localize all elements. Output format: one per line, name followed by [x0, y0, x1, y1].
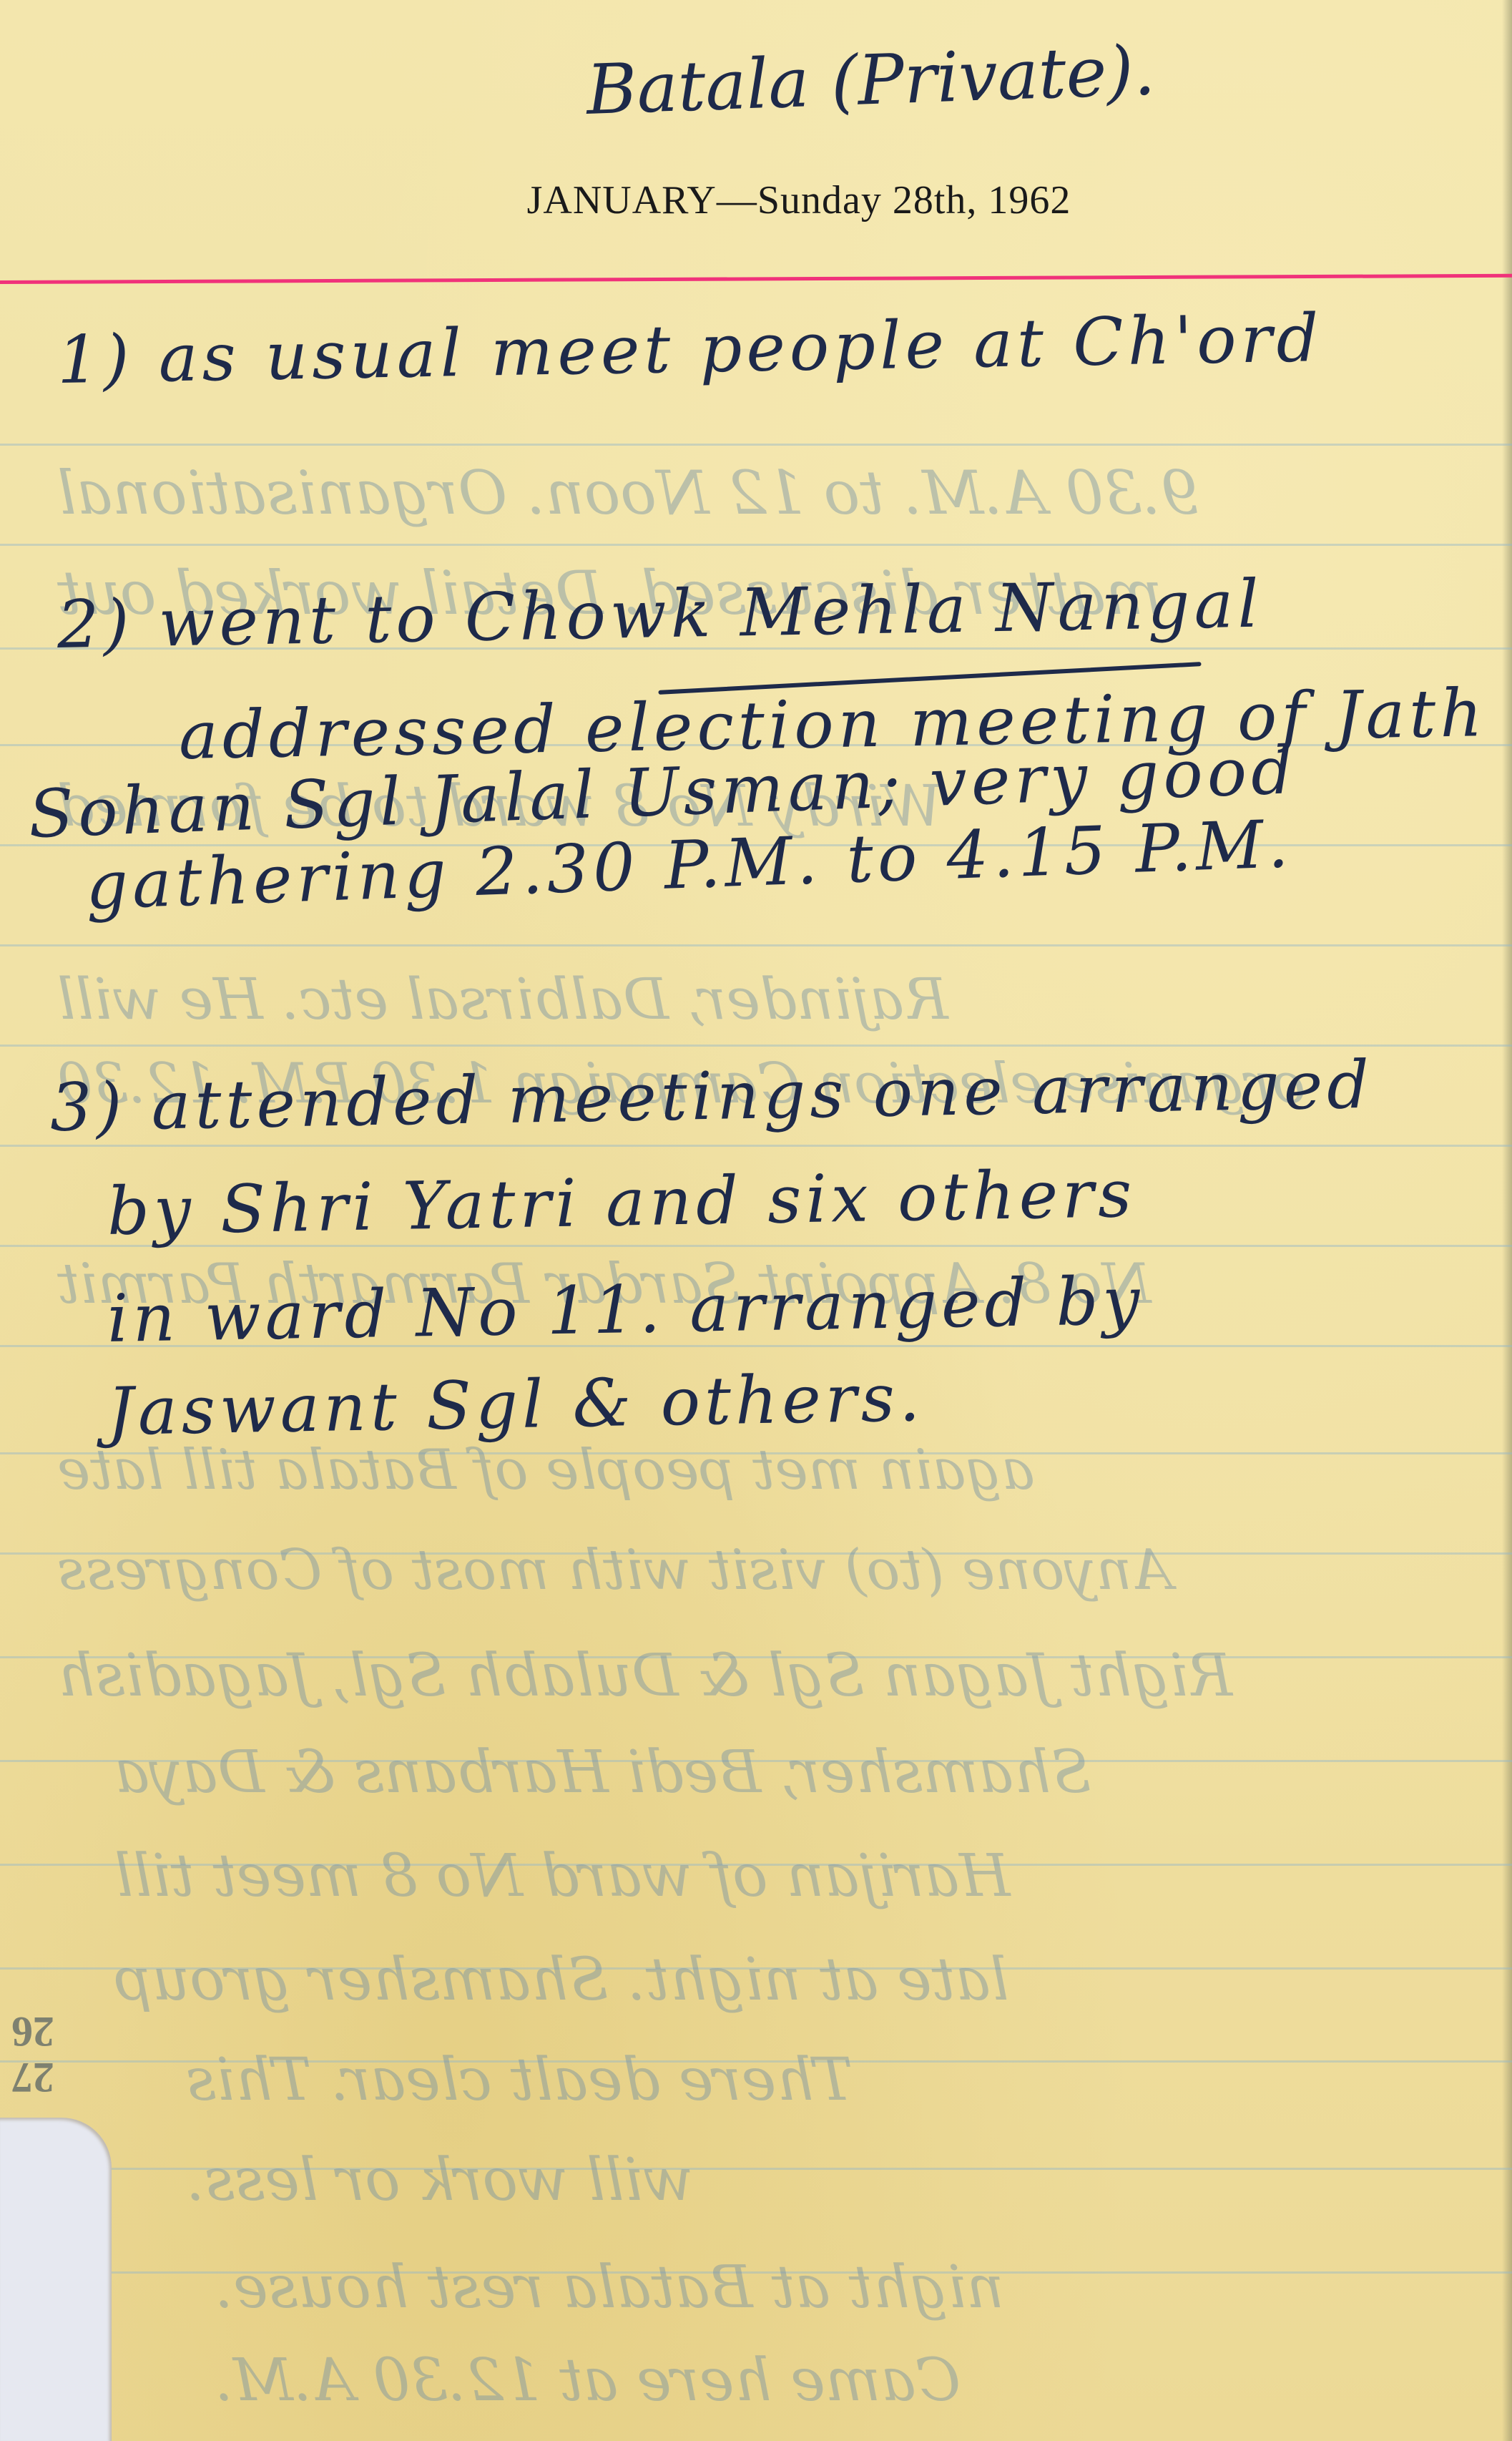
entry-3-line-4: Jaswant Sgl & others. [107, 1359, 925, 1450]
entry-number: 2) [57, 585, 134, 663]
entry-number: 3) [49, 1068, 127, 1146]
page-numbers: 27 26 [11, 2009, 54, 2100]
page-number: 26 [11, 2009, 54, 2055]
bleed-through-line: will work or less. [186, 2146, 693, 2214]
red-header-rule [0, 274, 1512, 284]
ruled-line [0, 1045, 1512, 1047]
bleed-through-line: Shamsher, Bedi Harbans & Daya [114, 1738, 1091, 1806]
header-day-date: —Sunday 28th, 1962 [717, 177, 1071, 223]
bleed-through-line: night at Batala rest house. [215, 2254, 1004, 2322]
entry-number: 1) [57, 321, 134, 398]
bleed-through-line: Right Jagan Sgl & Dulabh Sgl, Jagadish [57, 1642, 1232, 1710]
printed-date-header: JANUARY—Sunday 28th, 1962 [0, 177, 1512, 223]
bleed-through-line: 9.30 A.M. to 12 Noon. Organisational [57, 458, 1199, 528]
entry-3-line-2: by Shri Yatri and six others [107, 1155, 1137, 1250]
entry-1: 1) as usual meet people at Ch'ord [57, 300, 1323, 398]
bleed-through-line: Rajinder, Dalbirsal etc. He will [57, 966, 948, 1032]
entry-line: as usual meet people at Ch'ord [158, 300, 1324, 396]
bleed-through-line: late at night. Shamsher group [114, 1946, 1009, 2014]
bleed-through-line: Harijan of ward No 8 meet till [114, 1842, 1011, 1910]
diary-page: 9.30 A.M. to 12 Noon. Organisational mat… [0, 0, 1512, 2441]
thumb-index-cutout [0, 2118, 112, 2441]
ruled-line [0, 544, 1512, 546]
page-number: 27 [11, 2055, 54, 2100]
place-annotation: Batala (Private). [585, 30, 1157, 130]
page-edge-shadow [1502, 0, 1512, 2441]
header-month: JANUARY [527, 177, 717, 223]
ruled-line [0, 444, 1512, 446]
ruled-line [0, 944, 1512, 946]
ruled-line [0, 1145, 1512, 1147]
bleed-through-line: There dealt clear. This [186, 2046, 853, 2114]
bleed-through-line: Came here at 12.30 A.M. [215, 2347, 961, 2415]
bleed-through-line: Anyone (to) visit with most of Congress [57, 1538, 1172, 1603]
